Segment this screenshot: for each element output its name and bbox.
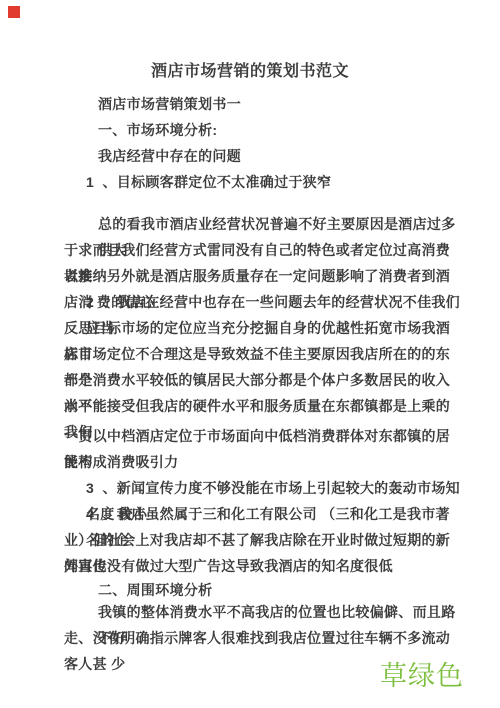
doc-line: 于求而且我们经营方式雷同没有自己的特色或者定位过高消费者难 [64, 237, 460, 263]
doc-line: 总的看我市酒店业经营状况普遍不好主要原因是酒店过多供大 [64, 211, 460, 237]
doc-line: 我镇的整体消费水平不高我店的位置也比较偏僻、而且路不好 [64, 599, 460, 625]
doc-line: 尚不能接受但我店的硬件水平和服务质量在东都镇都是上乘的我们 [64, 393, 460, 419]
doc-line: 业）但社会上对我店却不甚了解我店除在开业时做过短期的新闻宣传 [64, 527, 460, 553]
doc-line: 外再也没有做过大型广告这导致我酒店的知名度很低 [64, 553, 460, 579]
doc-line-numbered-item: 1 、目标顾客群定位不太准确过于狭窄 [64, 169, 460, 195]
doc-line: 一个消费水平较低的镇居民大部分都是个体户多数居民的收入水平 [64, 367, 460, 393]
doc-line-section-heading: 二、周围环境分析 [64, 581, 460, 599]
doc-line: 走、没有明确指示牌客人很难找到我店位置过往车辆不多流动客人甚 少 [64, 625, 460, 651]
doc-line: 以接纳另外就是酒店服务质量存在一定问题影响了消费者到酒店消 费的信心 [64, 263, 460, 289]
doc-line: 反思目标市场的定位应当充分挖掘自身的优越性拓宽市场我酒店目 [64, 315, 460, 341]
doc-line: 一贯以中档酒店定位于市场面向中低档消费群体对东都镇的居民不 [64, 423, 460, 449]
doc-line: 我店经营中存在的问题 [64, 143, 460, 169]
doc-line-numbered-item: 4 、我店虽然属于三和化工有限公司 （三和化工是我市著名的企 [64, 501, 460, 527]
doc-line: 酒店市场营销策划书一 [64, 91, 460, 117]
doc-line: 能构成消费吸引力 [64, 449, 460, 475]
doc-line: 标市场定位不合理这是导致效益不佳主要原因我店所在的的东都是 [64, 341, 460, 367]
document-page: 酒店市场营销的策划书范文 酒店市场营销策划书一 一、市场环境分析: 我店经营中存… [0, 0, 500, 708]
green-color-label: 草绿色 [380, 654, 464, 693]
doc-line-numbered-item: 3 、新闻宣传力度不够没能在市场上引起较大的轰动市场知名度 较小 [64, 475, 460, 501]
doc-line-section-heading: 一、市场环境分析: [64, 117, 460, 143]
document-body: 酒店市场营销策划书一 一、市场环境分析: 我店经营中存在的问题 1 、目标顾客群… [0, 91, 500, 651]
doc-line-numbered-item: 2 、我店在经营中也存在一些问题去年的经营状况不佳我们应当 [64, 289, 460, 315]
red-corner-marker [8, 6, 20, 18]
document-title: 酒店市场营销的策划书范文 [0, 0, 500, 81]
